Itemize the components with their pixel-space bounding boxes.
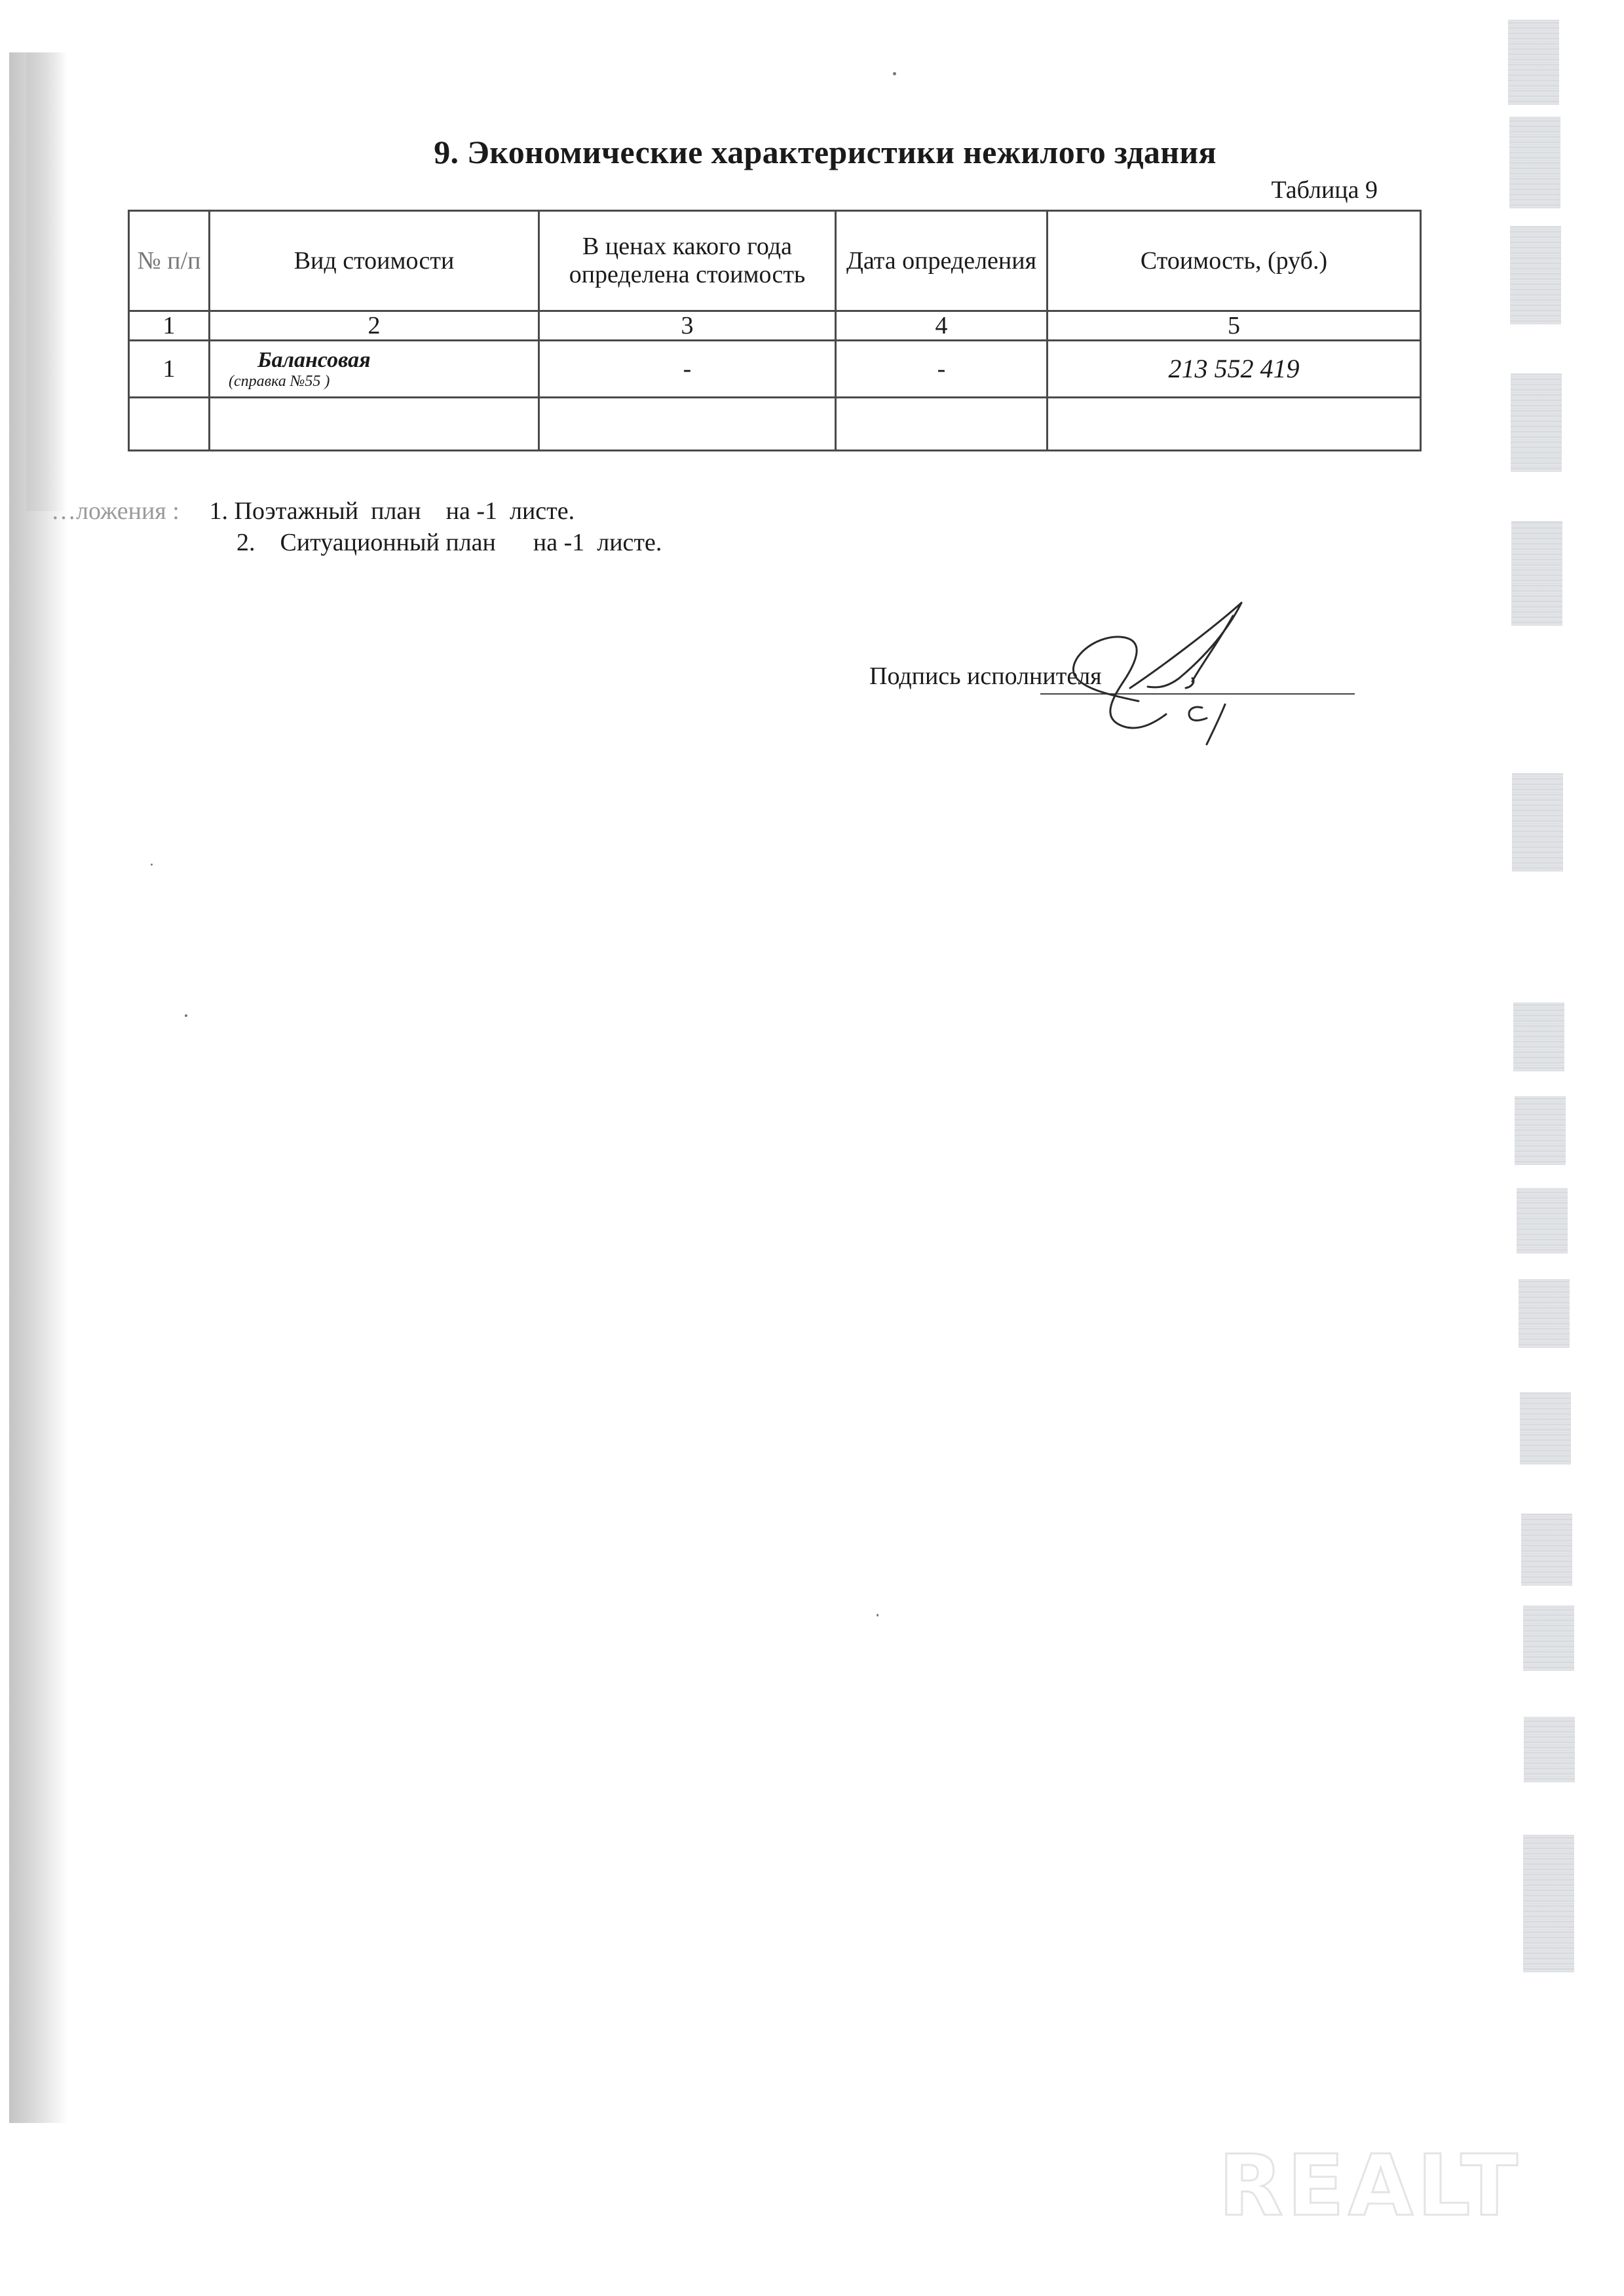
attachment-name: Ситуационный план	[280, 529, 496, 556]
attachment-item: 2. Ситуационный план на -1 листе.	[51, 527, 662, 558]
header-price-year: В ценах какого года определена стоимость	[539, 211, 836, 311]
table-row: 1 Балансовая (справка №55 ) - - 213 552 …	[129, 341, 1421, 398]
attachment-sheets: на -1 листе.	[446, 497, 575, 525]
price-year: -	[539, 341, 836, 398]
scan-margin-bar	[1520, 1392, 1571, 1464]
header-cost-type: Вид стоимости	[210, 211, 539, 311]
attachment-item: …ложения : 1. Поэтажный план на -1 листе…	[51, 495, 662, 527]
scan-speck	[877, 1614, 878, 1617]
scan-margin-bar	[1513, 1003, 1564, 1071]
scan-margin-bar	[1517, 1188, 1568, 1253]
row-number: 1	[129, 341, 210, 398]
price-year	[539, 398, 836, 451]
column-number: 2	[210, 311, 539, 341]
table-header-row: № п/п Вид стоимости В ценах какого года …	[129, 211, 1421, 311]
attachments-list: …ложения : 1. Поэтажный план на -1 листе…	[51, 495, 662, 558]
scan-speck	[893, 72, 896, 75]
column-number-row: 1 2 3 4 5	[129, 311, 1421, 341]
attachment-number: 2.	[236, 529, 255, 556]
economic-characteristics-table: № п/п Вид стоимости В ценах какого года …	[128, 210, 1422, 451]
scan-margin-bar	[1510, 226, 1561, 324]
scan-margin-bar	[1521, 1514, 1572, 1586]
attachment-number: 1.	[210, 497, 229, 525]
header-cost: Стоимость, (руб.)	[1048, 211, 1421, 311]
cost-value: 213 552 419	[1048, 341, 1421, 398]
scan-margin-bar	[1523, 1605, 1574, 1671]
column-number: 4	[836, 311, 1048, 341]
cost-type: Балансовая	[217, 348, 531, 373]
table-label: Таблица 9	[1271, 176, 1378, 204]
scan-margin-bar	[1519, 1279, 1570, 1348]
header-determination-date: Дата определения	[836, 211, 1048, 311]
scan-margin-bar	[1511, 521, 1562, 626]
table-row	[129, 398, 1421, 451]
scan-margin-bar	[1524, 1717, 1575, 1782]
attachment-name: Поэтажный план	[235, 497, 421, 525]
column-number: 3	[539, 311, 836, 341]
section-title: 9. Экономические характеристики нежилого…	[0, 133, 1624, 171]
row-number	[129, 398, 210, 451]
scan-speck	[185, 1014, 187, 1017]
scan-edge-fade	[26, 52, 66, 511]
cost-type	[210, 398, 539, 451]
cost-value	[1048, 398, 1421, 451]
scan-margin-bar	[1523, 1835, 1574, 1972]
scan-margin-bar	[1508, 20, 1559, 105]
handwritten-signature	[996, 590, 1291, 760]
scan-margin-bar	[1515, 1096, 1566, 1165]
column-number: 5	[1048, 311, 1421, 341]
cost-type-cell: Балансовая (справка №55 )	[210, 341, 539, 398]
column-number: 1	[129, 311, 210, 341]
cost-type-note: (справка №55 )	[217, 373, 531, 391]
scan-margin-bar	[1511, 373, 1562, 472]
realt-watermark-logo: REALT	[1218, 2137, 1522, 2235]
determination-date	[836, 398, 1048, 451]
attachment-sheets: на -1 листе.	[533, 529, 662, 556]
header-number: № п/п	[129, 211, 210, 311]
determination-date: -	[836, 341, 1048, 398]
scan-margin-bar	[1512, 773, 1563, 871]
scan-speck	[151, 864, 153, 866]
attachments-label: …ложения :	[51, 495, 203, 527]
